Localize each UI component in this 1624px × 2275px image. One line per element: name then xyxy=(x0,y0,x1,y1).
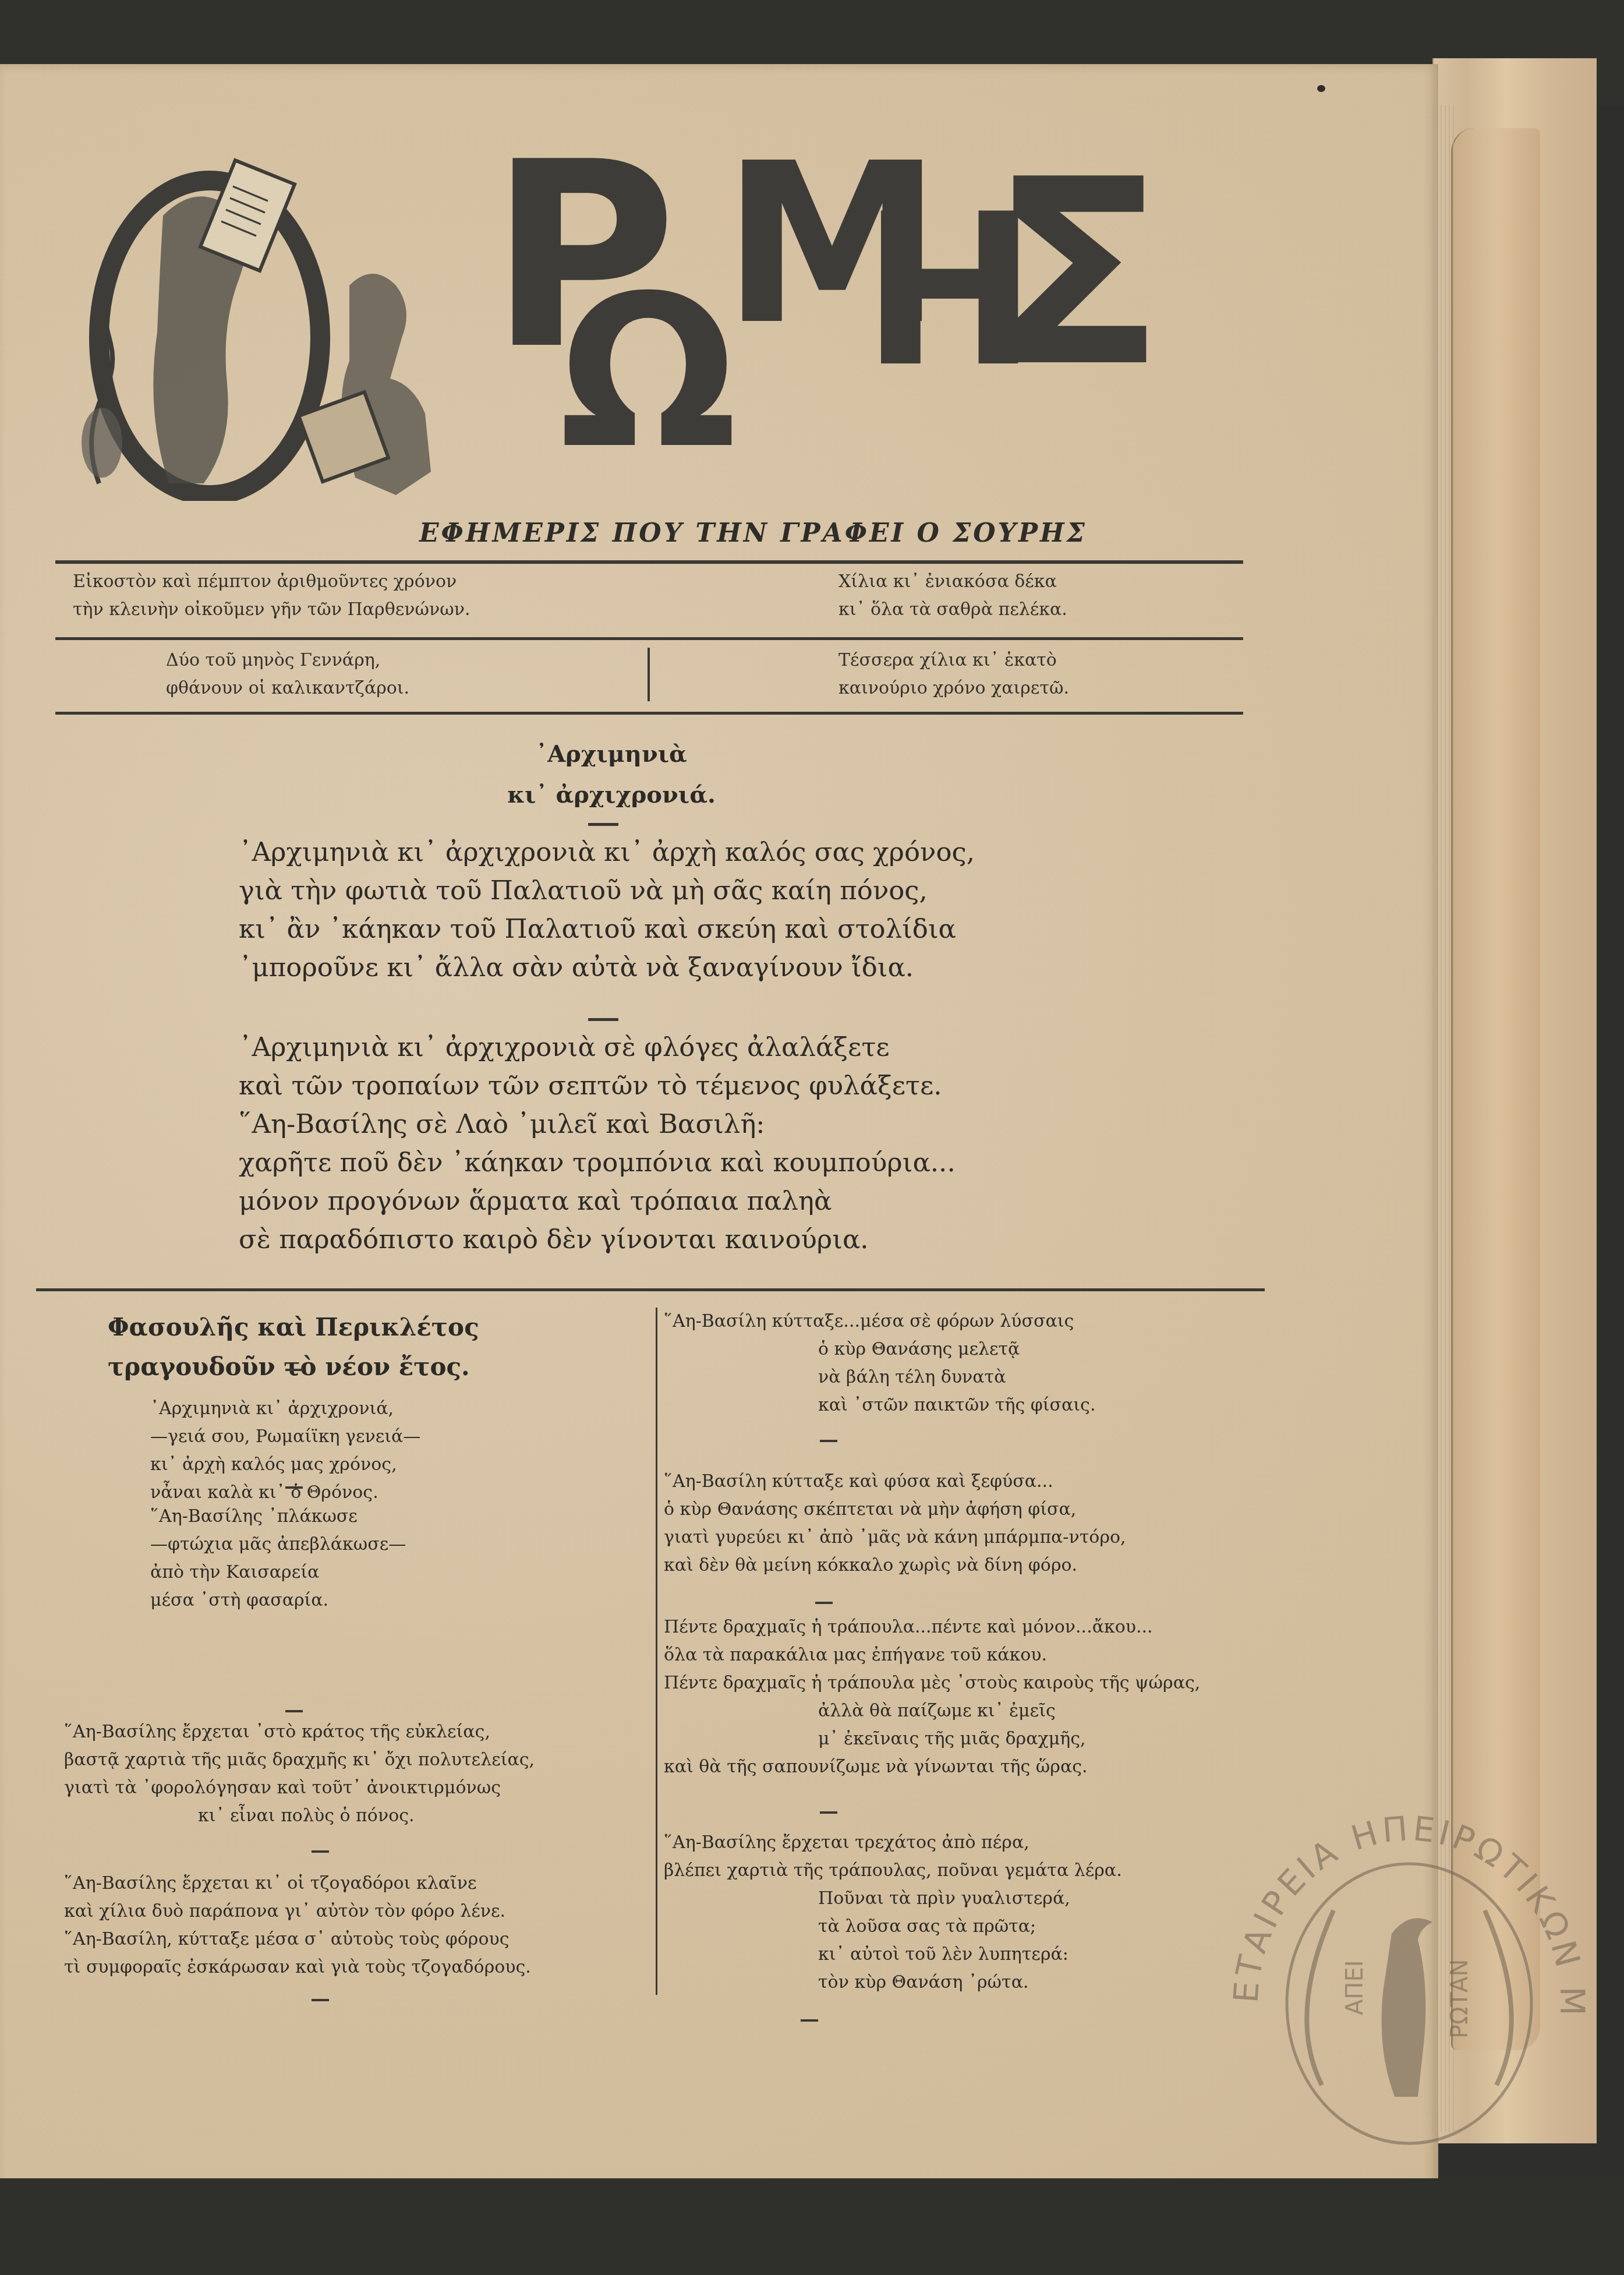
poem-line: χαρῆτε ποῦ δὲν ᾿κάηκαν τρομπόνια καὶ κου… xyxy=(239,1143,956,1182)
poem-line: ῞Αη-Βασίλης ἔρχεται τρεχάτος ἀπὸ πέρα, xyxy=(664,1829,1122,1857)
book-cover-bottom xyxy=(0,2178,1624,2275)
epigraph-line: Τέσσερα χίλια κι᾿ ἑκατὸ xyxy=(838,647,1069,674)
lead-poem-bottom-rule xyxy=(36,1288,1265,1291)
poem-line: ῞Αη-Βασίλη, κύτταξε μέσα σ᾿ αὐτοὺς τοὺς … xyxy=(64,1926,531,1953)
poem-line: —φτώχια μᾶς ἀπεβλάκωσε— xyxy=(150,1531,406,1559)
poem-line: γιατὶ γυρεύει κι᾿ ἀπὸ ᾿μᾶς νὰ κάνη μπάρμ… xyxy=(664,1524,1126,1552)
epigraph-line: τὴν κλεινὴν οἰκοῦμεν γῆν τῶν Παρθενώνων. xyxy=(73,596,470,624)
epigraph-divider xyxy=(648,648,650,701)
epigraph-line: φθάνουν οἱ καλικαντζάροι. xyxy=(166,674,409,702)
lead-poem-stanza-1: ᾿Αρχιμηνιὰ κι᾿ ἀρχιχρονιὰ κι᾿ ἀρχὴ καλός… xyxy=(239,833,975,987)
left-column-title-line: Φασουλῆς καὶ Περικλέτος xyxy=(108,1308,479,1347)
poem-line: —γειά σου, Ρωμαίϊκη γενειά— xyxy=(150,1423,420,1451)
poem-line: καὶ χίλια δυὸ παράπονα γι᾿ αὐτὸν τὸν φόρ… xyxy=(64,1898,531,1926)
epigraph-row1-right: Χίλια κι᾿ ἐνιακόσα δέκα κι᾿ ὅλα τὰ σαθρὰ… xyxy=(838,568,1067,624)
left-stanza-2: ῞Αη-Βασίλης ᾿πλάκωσε —φτώχια μᾶς ἀπεβλάκ… xyxy=(150,1503,406,1615)
poem-line: Πέντε δραχμαῖς ἡ τράπουλα μὲς ᾿στοὺς και… xyxy=(664,1669,1200,1697)
poem-line: ῞Αη-Βασίλη κύτταξε...μέσα σὲ φόρων λύσσα… xyxy=(664,1308,1095,1336)
epigraph-row1-left: Εἰκοστὸν καὶ πέμπτον ἀριθμοῦντες χρόνον … xyxy=(73,568,470,624)
poem-line: ῞Αη-Βασίλης ἔρχεται κι᾿ οἱ τζογαδόροι κλ… xyxy=(64,1870,531,1898)
poem-line: ῞Αη-Βασίλης ἔρχεται ᾿στὸ κράτος τῆς εὐκλ… xyxy=(64,1718,535,1746)
poem-line: κι᾿ ἂν ᾿κάηκαν τοῦ Παλατιοῦ καὶ σκεύη κα… xyxy=(239,910,975,948)
title-letter-sigma: Σ xyxy=(990,146,1165,402)
poem-line: ὁ κὺρ Θανάσης μελετᾷ xyxy=(664,1336,1095,1363)
column-divider xyxy=(656,1308,657,1995)
lead-poem-stanza-2: ᾿Αρχιμηνιὰ κι᾿ ἀρχιχρονιὰ σὲ φλόγες ἀλαλ… xyxy=(239,1028,956,1259)
section-dash xyxy=(285,1486,303,1489)
poem-line: καὶ ᾿στῶν παικτῶν τῆς φίσαις. xyxy=(664,1391,1095,1419)
left-stanza-1: ᾿Αρχιμηνιὰ κι᾿ ἀρχιχρονιά, —γειά σου, Ρω… xyxy=(150,1395,420,1507)
epigraph-row2-right: Τέσσερα χίλια κι᾿ ἑκατὸ καινούριο χρόνο … xyxy=(838,647,1069,702)
epigraph-line: Χίλια κι᾿ ἐνιακόσα δέκα xyxy=(838,568,1067,596)
poem-line: μ᾿ ἐκεῖναις τῆς μιᾶς δραχμῆς, xyxy=(664,1725,1200,1753)
left-stanza-4: ῞Αη-Βασίλης ἔρχεται κι᾿ οἱ τζογαδόροι κλ… xyxy=(64,1870,531,1981)
epigraph-rule xyxy=(55,637,1243,640)
section-dash xyxy=(588,1018,618,1021)
poem-line: ῞Αη-Βασίλη κύτταξε καὶ φύσα καὶ ξεφύσα..… xyxy=(664,1468,1126,1496)
right-stanza-3: Πέντε δραχμαῖς ἡ τράπουλα...πέντε καὶ μό… xyxy=(664,1613,1200,1781)
stamp-inner-right: ΡΩΤΑΝ xyxy=(1446,1959,1473,2039)
poem-line: καὶ δὲν θὰ μείνη κόκκαλο χωρὶς νὰ δίνη φ… xyxy=(664,1552,1126,1580)
left-stanza-3: ῞Αη-Βασίλης ἔρχεται ᾿στὸ κράτος τῆς εὐκλ… xyxy=(64,1718,535,1830)
lead-poem-title-line: ᾿Αρχιμηνιὰ xyxy=(495,734,728,775)
epigraph-line: καινούριο χρόνο χαιρετῶ. xyxy=(838,674,1069,702)
poem-line: ῞Αη-Βασίλης σὲ Λαὸ ᾿μιλεῖ καὶ Βασιλῆ: xyxy=(239,1105,956,1143)
poem-line: γιατὶ τὰ ᾿φορολόγησαν καὶ τοῦτ᾿ ἀνοικτιρ… xyxy=(64,1774,535,1802)
poem-line: τὶ συμφοραῖς ἐσκάρωσαν καὶ γιὰ τοὺς τζογ… xyxy=(64,1953,531,1981)
epigraph-row2-left: Δύο τοῦ μηνὸς Γεννάρη, φθάνουν οἱ καλικα… xyxy=(166,647,409,702)
poem-line: γιὰ τὴν φωτιὰ τοῦ Παλατιοῦ νὰ μὴ σᾶς καί… xyxy=(239,871,975,910)
poem-line: ῞Αη-Βασίλης ᾿πλάκωσε xyxy=(150,1503,406,1531)
section-dash xyxy=(312,1999,329,2001)
lead-poem-title: ᾿Αρχιμηνιὰ κι᾿ ἀρχιχρονιά. xyxy=(495,734,728,815)
right-stanza-2: ῞Αη-Βασίλη κύτταξε καὶ φύσα καὶ ξεφύσα..… xyxy=(664,1468,1126,1580)
masthead-rule xyxy=(55,560,1243,564)
section-dash xyxy=(801,2019,818,2022)
epigraph-line: Εἰκοστὸν καὶ πέμπτον ἀριθμοῦντες χρόνον xyxy=(73,568,470,596)
poem-line: ἀπὸ τὴν Καισαρεία xyxy=(150,1559,406,1587)
stamp-inner-left: ΑΠΕΙ xyxy=(1342,1960,1368,2015)
poem-line: καὶ τῶν τροπαίων τῶν σεπτῶν τὸ τέμενος φ… xyxy=(239,1066,956,1105)
masthead-subtitle: ΕΦΗΜΕΡΙΣ ΠΟΥ ΤΗΝ ΓΡΑΦΕΙ Ο ΣΟΥΡΗΣ xyxy=(419,518,1176,548)
poem-line: κι᾿ ἀρχὴ καλός μας χρόνος, xyxy=(150,1451,420,1479)
poem-line: μόνον προγόνων ἅρματα καὶ τρόπαια παληὰ xyxy=(239,1182,956,1220)
lead-poem-title-line: κι᾿ ἀρχιχρονιά. xyxy=(495,775,728,815)
masthead-title: Ρ Ω Μ Η Σ xyxy=(477,140,1281,489)
poem-line: βλέπει χαρτιὰ τῆς τράπουλας, ποῦναι γεμά… xyxy=(664,1857,1122,1885)
poem-line: ᾿μποροῦνε κι᾿ ἄλλα σὰν αὐτὰ νὰ ξαναγίνου… xyxy=(239,948,975,987)
poem-line: τὸν κὺρ Θανάση ᾿ρώτα. xyxy=(664,1969,1122,1997)
title-letter-omega: Ω xyxy=(559,268,737,478)
poem-line: νὰ βάλη τέλη δυνατὰ xyxy=(664,1363,1095,1391)
poem-line: Ποῦναι τὰ πρὶν γυαλιστερά, xyxy=(664,1885,1122,1913)
epigraph-line: κι᾿ ὅλα τὰ σαθρὰ πελέκα. xyxy=(838,596,1067,624)
epigraph-line: Δύο τοῦ μηνὸς Γεννάρη, xyxy=(166,647,409,674)
poem-line: ᾿Αρχιμηνιὰ κι᾿ ἀρχιχρονιὰ σὲ φλόγες ἀλαλ… xyxy=(239,1028,956,1066)
poem-line: μέσα ᾿στὴ φασαρία. xyxy=(150,1587,406,1615)
library-stamp-icon: ΕΤΑΙΡΕΙΑ ΗΠΕΙΡΩΤΙΚΩΝ ΜΕΛΕΤΩΝ ΑΠΕΙ ΡΩΤΑΝ xyxy=(1217,1759,1601,2178)
section-dash xyxy=(820,1440,837,1442)
left-column-title-line: τραγουδοῦν τὸ νέον ἔτος. xyxy=(108,1347,479,1387)
section-dash xyxy=(285,1369,303,1371)
epigraph-bottom-rule xyxy=(55,712,1243,715)
poem-line: ᾿Αρχιμηνιὰ κι᾿ ἀρχιχρονιὰ κι᾿ ἀρχὴ καλός… xyxy=(239,833,975,871)
section-dash xyxy=(285,1710,303,1712)
ink-spot xyxy=(1317,85,1325,92)
section-dash xyxy=(312,1850,329,1853)
poem-line: κι᾿ εἶναι πολὺς ὁ πόνος. xyxy=(64,1802,535,1830)
poem-line: ὅλα τὰ παρακάλια μας ἐπήγανε τοῦ κάκου. xyxy=(664,1641,1200,1669)
poem-line: κι᾿ αὐτοὶ τοῦ λὲν λυπητερά: xyxy=(664,1941,1122,1969)
right-stanza-1: ῞Αη-Βασίλη κύτταξε...μέσα σὲ φόρων λύσσα… xyxy=(664,1308,1095,1419)
poem-line: ᾿Αρχιμηνιὰ κι᾿ ἀρχιχρονιά, xyxy=(150,1395,420,1423)
masthead: Ρ Ω Μ Η Σ xyxy=(70,128,1269,501)
masthead-illustration-icon xyxy=(76,146,483,501)
poem-line: ἀλλὰ θὰ παίζωμε κι᾿ ἐμεῖς xyxy=(664,1697,1200,1725)
poem-line: καὶ θὰ τῆς σαπουνίζωμε νὰ γίνωνται τῆς ὥ… xyxy=(664,1753,1200,1781)
section-dash xyxy=(588,823,618,826)
poem-line: Πέντε δραχμαῖς ἡ τράπουλα...πέντε καὶ μό… xyxy=(664,1613,1200,1641)
poem-line: βαστᾷ χαρτιὰ τῆς μιᾶς δραχμῆς κι᾿ ὄχι πο… xyxy=(64,1746,535,1774)
poem-line: τὰ λοῦσα σας τὰ πρῶτα; xyxy=(664,1913,1122,1941)
section-dash xyxy=(815,1602,833,1604)
right-stanza-4: ῞Αη-Βασίλης ἔρχεται τρεχάτος ἀπὸ πέρα, β… xyxy=(664,1829,1122,1997)
poem-line: ὁ κὺρ Θανάσης σκέπτεται νὰ μὴν ἀφήση φίσ… xyxy=(664,1496,1126,1524)
poem-line: σὲ παραδόπιστο καιρὸ δὲν γίνονται καινού… xyxy=(239,1220,956,1259)
section-dash xyxy=(820,1811,837,1814)
left-column-title: Φασουλῆς καὶ Περικλέτος τραγουδοῦν τὸ νέ… xyxy=(108,1308,479,1387)
